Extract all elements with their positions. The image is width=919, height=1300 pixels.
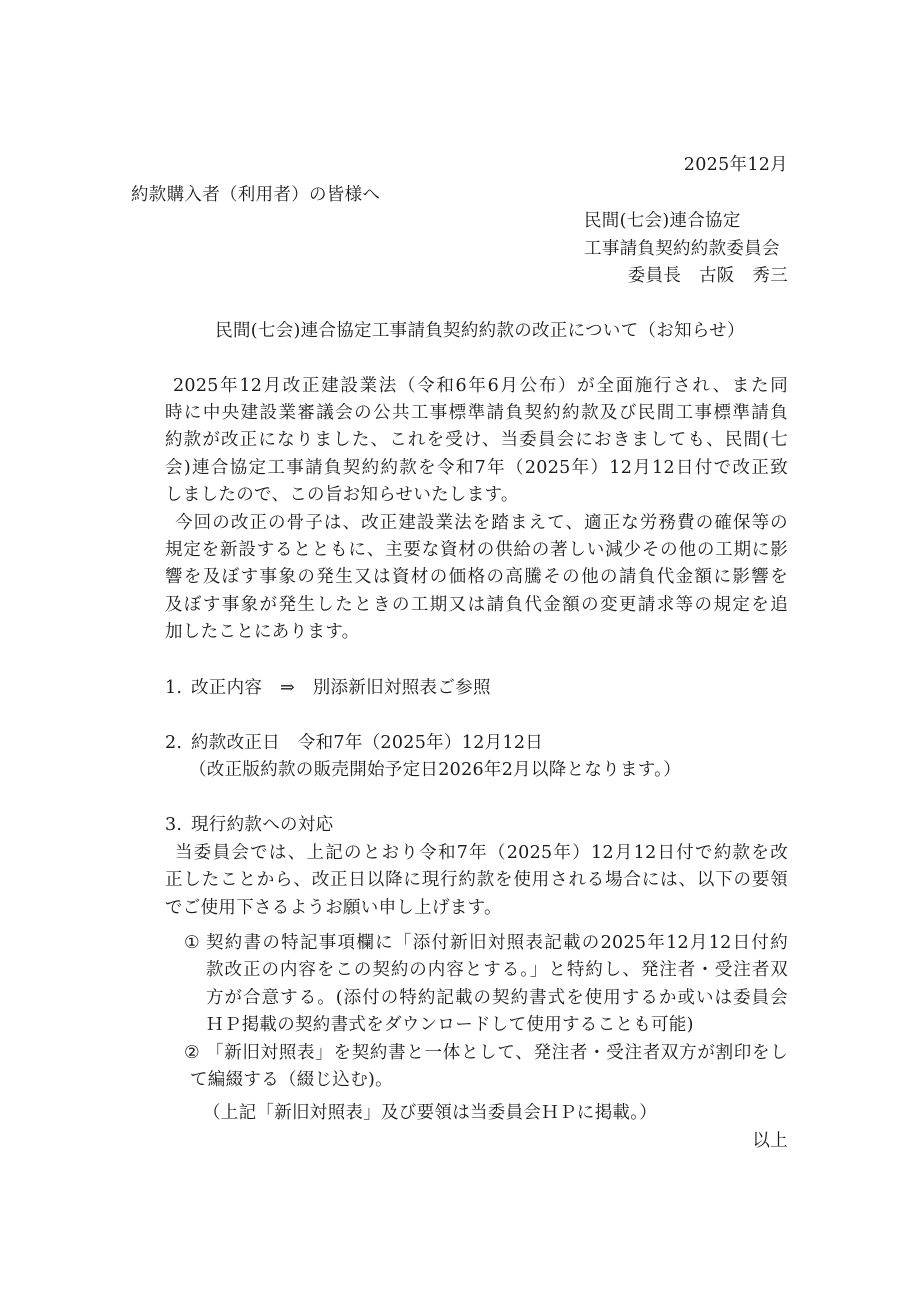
item-marker: ① — [184, 930, 200, 956]
item-line: 款改正の内容をこの契約の内容とする。」と特約し、発注者・受注者双 — [206, 957, 788, 983]
section-number: 2. — [165, 730, 182, 756]
paragraph-line: 会)連合協定工事請負契約約款を令和7年（2025年）12月12日付で改正致 — [165, 455, 788, 481]
item-line: て編綴する（綴じ込む)。 — [190, 1067, 393, 1093]
section-number: 1. — [165, 675, 182, 701]
item-line: 方が合意する。(添付の特約記載の契約書式を使用するか或いは委員会 — [206, 985, 788, 1011]
paragraph-line: でご使用下さるようお願い申し上げます。 — [165, 895, 502, 921]
paragraph-line: 規定を新設するとともに、主要な資材の供給の著しい減少その他の工期に影 — [165, 537, 788, 563]
sender-signatory: 委員長 古阪 秀三 — [560, 263, 788, 289]
item-line: 契約書の特記事項欄に「添付新旧対照表記載の2025年12月12日付約 — [206, 930, 788, 956]
section-note: （改正版約款の販売開始予定日2026年2月以降となります。） — [189, 757, 681, 783]
paragraph-line: 時に中央建設業審議会の公共工事標準請負契約約款及び民間工事標準請負 — [165, 400, 788, 426]
section-number: 3. — [165, 812, 182, 838]
recipient-line: 約款購入者（利用者）の皆様へ — [131, 182, 380, 208]
item-line: ＨＰ掲載の契約書式をダウンロードして使用することも可能) — [206, 1012, 694, 1038]
section-footnote: （上記「新旧対照表」及び要領は当委員会ＨＰに掲載。） — [203, 1100, 657, 1126]
section-heading: 改正内容 ⇒ 別添新旧対照表ご参照 — [191, 675, 491, 701]
sender-org-line2: 工事請負契約約款委員会 — [584, 236, 780, 262]
section-heading: 約款改正日 令和7年（2025年）12月12日 — [191, 730, 543, 756]
paragraph-line: 及ぼす事象が発生したときの工期又は請負代金額の変更請求等の規定を追 — [165, 592, 788, 618]
item-line: 「新旧対照表」を契約書と一体として、発注者・受注者双方が割印をし — [206, 1040, 788, 1066]
paragraph-line: 今回の改正の骨子は、改正建設業法を踏まえて、適正な労務費の確保等の — [175, 510, 788, 536]
paragraph-line: 正したことから、改正日以降に現行約款を使用される場合には、以下の要領 — [165, 867, 788, 893]
paragraph-line: 2025年12月改正建設業法（令和6年6月公布）が全面施行され、また同 — [173, 373, 788, 399]
paragraph-line: しましたので、この旨お知らせいたします。 — [165, 482, 519, 508]
paragraph-line: 響を及ぼす事象の発生又は資材の価格の高騰その他の請負代金額に影響を — [165, 564, 788, 590]
sender-org-line1: 民間(七会)連合協定 — [584, 208, 741, 234]
document-date: 2025年12月 — [560, 152, 788, 178]
document-page: 2025年12月 約款購入者（利用者）の皆様へ 民間(七会)連合協定 工事請負契… — [0, 0, 919, 1300]
closing-mark: 以上 — [700, 1128, 788, 1154]
document-title: 民間(七会)連合協定工事請負契約約款の改正について（お知らせ） — [160, 318, 800, 344]
paragraph-line: 約款が改正になりました、これを受け、当委員会におきましても、民間(七 — [165, 427, 788, 453]
section-heading: 現行約款への対応 — [191, 812, 333, 838]
paragraph-line: 加したことにあります。 — [165, 619, 359, 645]
paragraph-line: 当委員会では、上記のとおり令和7年（2025年）12月12日付で約款を改 — [175, 840, 788, 866]
item-marker: ② — [184, 1040, 200, 1066]
